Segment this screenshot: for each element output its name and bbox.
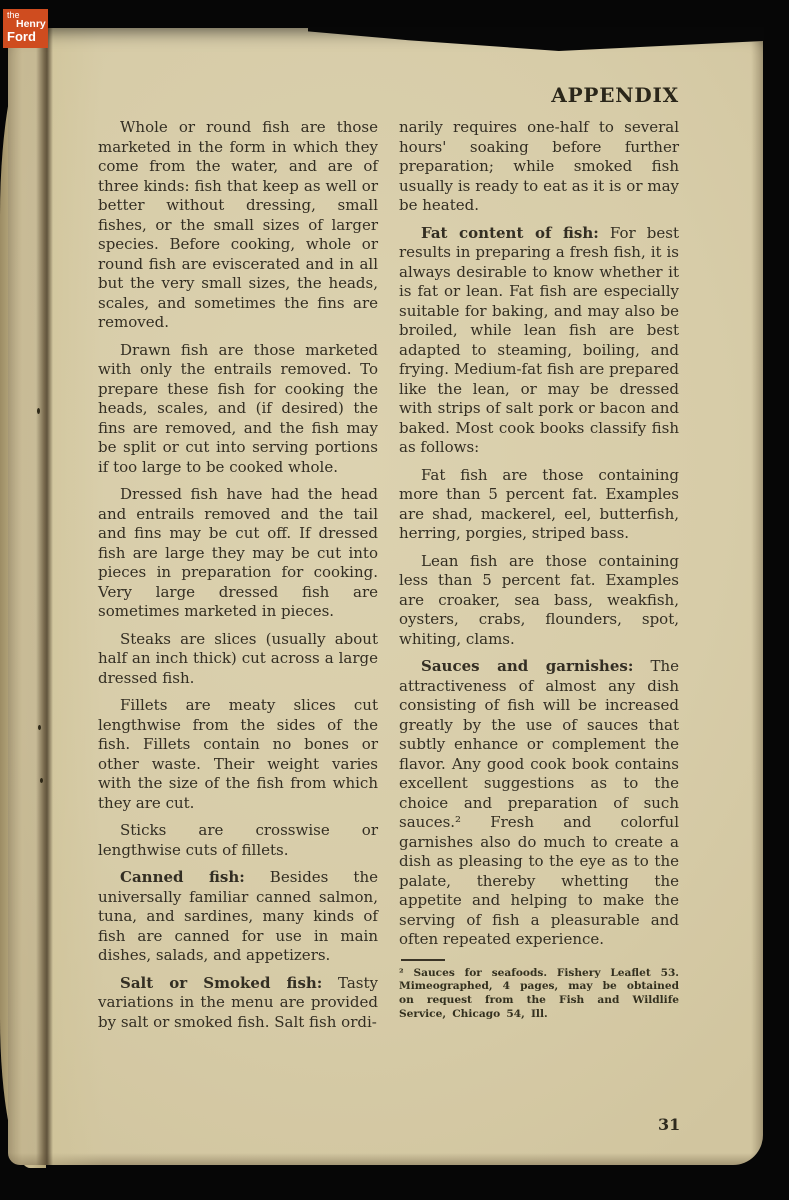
paragraph: Canned fish: Besides the universally fam…	[98, 868, 378, 966]
paragraph: Steaks are slices (usually about half an…	[98, 630, 378, 689]
paragraph: Fat fish are those containing more than …	[399, 466, 679, 544]
paragraph: Fat content of fish: For best results in…	[399, 224, 679, 458]
paragraph-text: Fat fish are those containing more than …	[399, 466, 679, 543]
paragraph: Sticks are crosswise or lengthwise cuts …	[98, 821, 378, 860]
paragraph-text: For best results in preparing a fresh fi…	[399, 224, 679, 457]
footnote-rule	[401, 959, 445, 961]
page-body: Whole or round fish are those marketed i…	[98, 118, 679, 1040]
page-number: 31	[658, 1115, 680, 1134]
paragraph: Whole or round fish are those marketed i…	[98, 118, 378, 333]
paragraph-lead: Sauces and garnishes:	[421, 657, 633, 675]
paragraph-lead: Canned fish:	[120, 868, 245, 886]
page-top-shadow	[308, 27, 764, 51]
right-column: narily requires one-half to several hour…	[399, 118, 679, 1040]
paragraph: Drawn fish are those marketed with only …	[98, 341, 378, 478]
scan-speck	[40, 778, 43, 783]
paragraph-lead: Salt or Smoked fish:	[120, 974, 322, 992]
paragraph-text: narily requires one-half to several hour…	[399, 118, 679, 214]
paragraph: Salt or Smoked fish: Tasty variations in…	[98, 974, 378, 1033]
paragraph-text: Dressed fish have had the head and entra…	[98, 485, 378, 620]
paragraph-text: Fillets are meaty slices cut lengthwise …	[98, 696, 378, 812]
left-column: Whole or round fish are those marketed i…	[98, 118, 378, 1040]
book-page: APPENDIX Whole or round fish are those m…	[8, 28, 763, 1165]
paragraph-text: Steaks are slices (usually about half an…	[98, 630, 378, 687]
paragraph: narily requires one-half to several hour…	[399, 118, 679, 216]
paragraph-text: Sticks are crosswise or lengthwise cuts …	[98, 821, 378, 859]
paragraph: Dressed fish have had the head and entra…	[98, 485, 378, 622]
paragraph-text: Lean fish are those containing less than…	[399, 552, 679, 648]
logo-text-ford: Ford	[7, 30, 36, 43]
scan-background: APPENDIX Whole or round fish are those m…	[0, 0, 789, 1200]
paragraph-text: The attractiveness of almost any dish co…	[399, 657, 679, 948]
footnote-block: ² Sauces for seafoods. Fishery Leaflet 5…	[399, 959, 679, 1022]
paragraph: Sauces and garnishes: The attractiveness…	[399, 657, 679, 950]
scan-speck	[37, 408, 40, 414]
running-head: APPENDIX	[98, 83, 679, 107]
scan-speck	[38, 725, 41, 730]
henry-ford-logo: the Henry Ford	[3, 9, 48, 48]
paragraph-text: Drawn fish are those marketed with only …	[98, 341, 378, 476]
paragraph: Fillets are meaty slices cut lengthwise …	[98, 696, 378, 813]
paragraph: Lean fish are those containing less than…	[399, 552, 679, 650]
paragraph-text: Whole or round fish are those marketed i…	[98, 118, 378, 331]
footnote: ² Sauces for seafoods. Fishery Leaflet 5…	[399, 967, 679, 1022]
paragraph-lead: Fat content of fish:	[421, 224, 599, 242]
logo-text-henry: Henry	[16, 19, 46, 30]
